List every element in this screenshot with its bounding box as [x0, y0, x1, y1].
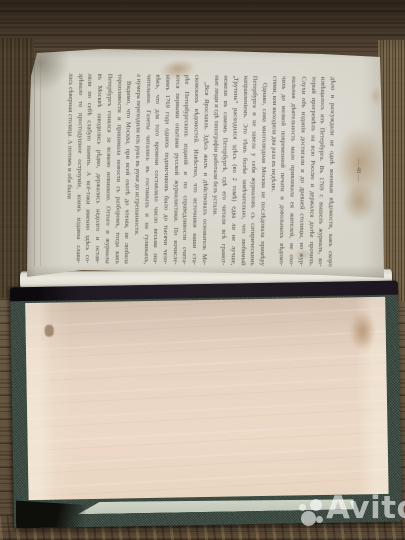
photo-of-antique-book: — 48 — дѣло и разсуждали не однѣ военныя…	[0, 0, 405, 540]
book-back-cover	[10, 281, 402, 529]
cover-pastedown-paper	[25, 297, 388, 500]
cloth-turn-in-strip	[78, 497, 354, 514]
pastedown-stain	[349, 311, 376, 351]
page-stain-right	[336, 126, 384, 200]
page-text: дѣло и разсуждали не однѣ военныя вѣдомо…	[63, 73, 338, 267]
stacked-page-edges	[28, 60, 50, 266]
pastedown-mark	[45, 325, 54, 337]
page-stain-bottom	[294, 249, 312, 260]
page-stain-edge	[370, 86, 382, 106]
